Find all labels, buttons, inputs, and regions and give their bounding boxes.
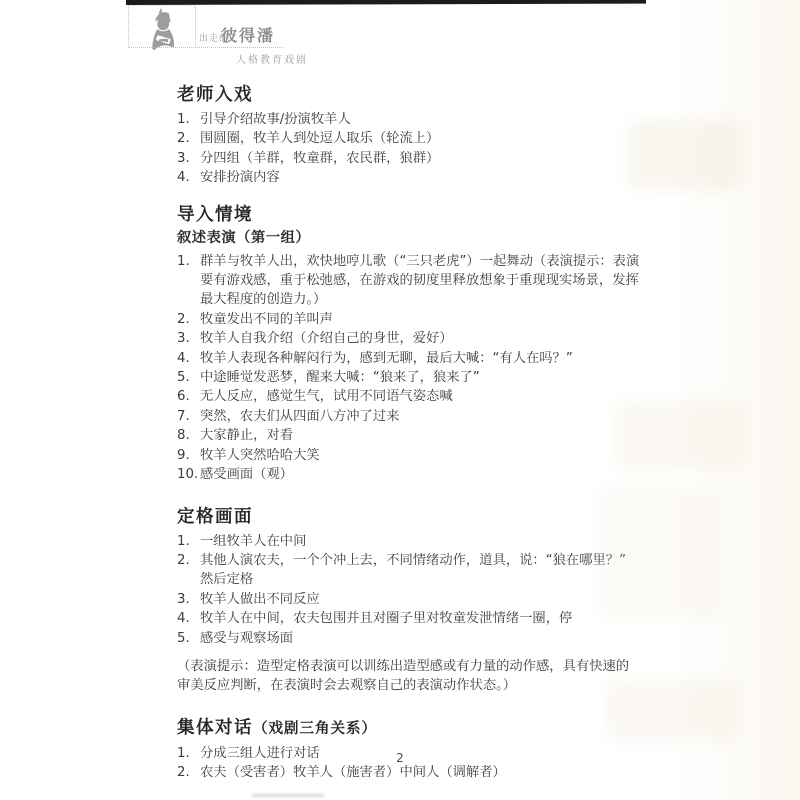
- brand-subtitle: 人格教育戏剧: [236, 51, 308, 66]
- item-text: 分四组（羊群，牧童群，农民群，狼群）: [200, 149, 640, 168]
- item-number: 5.: [177, 629, 200, 648]
- list-item: 4.安排扮演内容: [177, 168, 640, 187]
- item-number: 2.: [177, 763, 200, 782]
- list-item: 5.中途睡觉发恶梦，醒来大喊：“狼来了，狼来了”: [177, 368, 640, 387]
- list-item: 1.群羊与牧羊人出，欢快地哼儿歌（“三只老虎”）一起舞动（表演提示：表演要有游戏…: [177, 252, 640, 310]
- logo-frame: [128, 5, 196, 48]
- item-number: 3.: [177, 329, 200, 348]
- performance-note: （表演提示：造型定格表演可以训练出造型感或有力量的动作感，具有快速的审美反应判断…: [177, 657, 640, 696]
- item-text: 牧羊人突然哈哈大笑: [200, 446, 640, 465]
- section-title: 集体对话（戏剧三角关系）: [177, 717, 640, 740]
- list-item: 3.分四组（羊群，牧童群，农民群，狼群）: [177, 149, 640, 168]
- item-text: 无人反应，感觉生气，试用不同语气姿态喊: [200, 387, 640, 406]
- section-title: 导入情境: [177, 204, 640, 226]
- item-text: 围圆圈，牧羊人到处逗人取乐（轮流上）: [200, 129, 640, 148]
- list-item: 3.牧羊人做出不同反应: [177, 590, 640, 609]
- paper-edge-tint: [670, 0, 800, 800]
- section-group-dialogue: 集体对话（戏剧三角关系） 1.分成三组人进行对话2.农夫（受害者）牧羊人（施害者…: [177, 717, 640, 783]
- section-subtitle: 叙述表演（第一组）: [177, 229, 640, 248]
- item-text: 牧羊人表现各种解闷行为，感到无聊，最后大喊：“有人在吗？”: [200, 349, 640, 368]
- scan-smudge: [252, 794, 324, 797]
- book-page: 出走的 彼得潘 人格教育戏剧 老师入戏 1.引导介绍故事/扮演牧羊人2.围圆圈，…: [0, 0, 800, 800]
- numbered-list: 1.一组牧羊人在中间2.其他人演农夫，一个个冲上去，不同情绪动作，道具，说：“狼…: [177, 532, 640, 648]
- brand-title: 彼得潘: [221, 23, 275, 46]
- section-title-suffix: （戏剧三角关系）: [253, 721, 377, 737]
- item-number: 2.: [177, 129, 200, 148]
- item-number: 3.: [177, 590, 200, 609]
- section-title: 老师入戏: [177, 84, 640, 106]
- item-number: 2.: [177, 310, 200, 329]
- item-text: 中途睡觉发恶梦，醒来大喊：“狼来了，狼来了”: [200, 368, 640, 387]
- item-text: 大家静止，对看: [200, 426, 640, 445]
- item-number: 2.: [177, 551, 200, 570]
- item-text: 群羊与牧羊人出，欢快地哼儿歌（“三只老虎”）一起舞动（表演提示：表演要有游戏感，…: [200, 252, 640, 310]
- ink-showthrough: [628, 120, 743, 190]
- list-item: 3.牧羊人自我介绍（介绍自己的身世，爱好）: [177, 329, 640, 348]
- item-text: 其他人演农夫，一个个冲上去，不同情绪动作，道具，说：“狼在哪里？” 然后定格: [200, 551, 640, 590]
- item-number: 4.: [177, 349, 200, 368]
- list-item: 8.大家静止，对看: [177, 426, 640, 445]
- item-number: 3.: [177, 149, 200, 168]
- page-content: 老师入戏 1.引导介绍故事/扮演牧羊人2.围圆圈，牧羊人到处逗人取乐（轮流上）3…: [177, 84, 640, 783]
- item-text: 牧羊人做出不同反应: [200, 590, 640, 609]
- item-number: 10.: [177, 465, 200, 484]
- list-item: 7.突然，农夫们从四面八方冲了过来: [177, 407, 640, 426]
- item-number: 6.: [177, 387, 200, 406]
- section-teacher-in-role: 老师入戏 1.引导介绍故事/扮演牧羊人2.围圆圈，牧羊人到处逗人取乐（轮流上）3…: [177, 84, 640, 188]
- item-text: 牧童发出不同的羊叫声: [200, 310, 640, 329]
- item-text: 安排扮演内容: [200, 168, 640, 187]
- item-text: 牧羊人自我介绍（介绍自己的身世，爱好）: [200, 329, 640, 348]
- item-number: 7.: [177, 407, 200, 426]
- item-text: 感受画面（观）: [200, 465, 640, 484]
- list-item: 1.引导介绍故事/扮演牧羊人: [177, 110, 640, 129]
- item-number: 4.: [177, 168, 200, 187]
- list-item: 6.无人反应，感觉生气，试用不同语气姿态喊: [177, 387, 640, 406]
- list-item: 2.农夫（受害者）牧羊人（施害者）中间人（调解者）: [177, 763, 640, 782]
- numbered-list: 1.群羊与牧羊人出，欢快地哼儿歌（“三只老虎”）一起舞动（表演提示：表演要有游戏…: [177, 252, 640, 485]
- item-number: 1.: [177, 252, 200, 271]
- item-text: 突然，农夫们从四面八方冲了过来: [200, 407, 640, 426]
- numbered-list: 1.引导介绍故事/扮演牧羊人2.围圆圈，牧羊人到处逗人取乐（轮流上）3.分四组（…: [177, 110, 640, 188]
- item-text: 一组牧羊人在中间: [200, 532, 640, 551]
- list-item: 2.围圆圈，牧羊人到处逗人取乐（轮流上）: [177, 129, 640, 148]
- item-number: 4.: [177, 609, 200, 628]
- section-intro-situation: 导入情境 叙述表演（第一组） 1.群羊与牧羊人出，欢快地哼儿歌（“三只老虎”）一…: [177, 204, 640, 485]
- section-title-main: 集体对话: [177, 718, 253, 738]
- item-text: 牧羊人在中间，农夫包围并且对圈子里对牧童发泄情绪一圈，停: [200, 609, 640, 628]
- list-item: 4.牧羊人表现各种解闷行为，感到无聊，最后大喊：“有人在吗？”: [177, 349, 640, 368]
- list-item: 4.牧羊人在中间，农夫包围并且对圈子里对牧童发泄情绪一圈，停: [177, 609, 640, 628]
- list-item: 2.其他人演农夫，一个个冲上去，不同情绪动作，道具，说：“狼在哪里？” 然后定格: [177, 551, 640, 590]
- list-item: 5.感受与观察场面: [177, 629, 640, 648]
- item-number: 8.: [177, 426, 200, 445]
- item-text: 感受与观察场面: [200, 629, 640, 648]
- header-top-bar: [126, 0, 646, 5]
- list-item: 1.一组牧羊人在中间: [177, 532, 640, 551]
- section-freeze-frame: 定格画面 1.一组牧羊人在中间2.其他人演农夫，一个个冲上去，不同情绪动作，道具…: [177, 506, 640, 696]
- item-number: 9.: [177, 446, 200, 465]
- item-number: 1.: [177, 532, 200, 551]
- item-text: 引导介绍故事/扮演牧羊人: [200, 110, 640, 129]
- item-text: 农夫（受害者）牧羊人（施害者）中间人（调解者）: [200, 763, 640, 782]
- item-number: 5.: [177, 368, 200, 387]
- list-item: 9.牧羊人突然哈哈大笑: [177, 446, 640, 465]
- item-number: 1.: [177, 110, 200, 129]
- section-title: 定格画面: [177, 506, 640, 528]
- header-dotted-rule: [128, 47, 284, 48]
- list-item: 10.感受画面（观）: [177, 465, 640, 484]
- list-item: 2.牧童发出不同的羊叫声: [177, 310, 640, 329]
- page-number: 2: [0, 751, 800, 765]
